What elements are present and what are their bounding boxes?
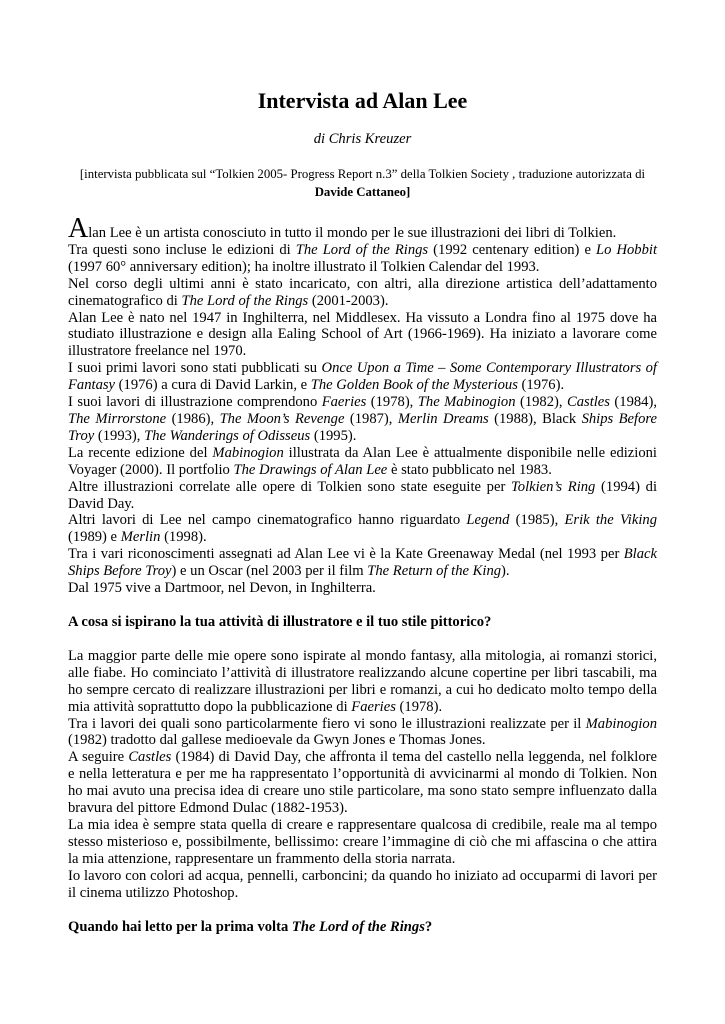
drop-cap: A <box>68 213 88 244</box>
text-run: Faeries <box>322 394 367 410</box>
text-run: La mia idea è sempre stata quella di cre… <box>68 817 657 867</box>
text-run: Erik the Viking <box>564 512 657 528</box>
text-run: [intervista pubblicata sul “Tolkien 2005… <box>80 167 645 181</box>
text-run: I suoi primi lavori sono stati pubblicat… <box>68 360 322 376</box>
text-run: Lo Hobbit <box>596 242 657 258</box>
text-run: (1992 centenary edition) e <box>428 242 596 258</box>
publication-note: [intervista pubblicata sul “Tolkien 2005… <box>68 165 657 201</box>
paragraph: I suoi lavori di illustrazione comprendo… <box>68 394 657 445</box>
document-page: Intervista ad Alan Lee di Chris Kreuzer … <box>0 0 725 1024</box>
paragraph: Alan Lee è un artista conosciuto in tutt… <box>68 225 657 242</box>
text-run: Dal 1975 vive a Dartmoor, nel Devon, in … <box>68 580 376 596</box>
text-run: La recente edizione del <box>68 445 212 461</box>
text-run: The Lord of the Rings <box>181 293 308 309</box>
paragraph: Altre illustrazioni correlate alle opere… <box>68 479 657 513</box>
text-run: The Mabinogion <box>418 394 516 410</box>
paragraph: La maggior parte delle mie opere sono is… <box>68 648 657 716</box>
text-run: (1987), <box>344 411 397 427</box>
document-body: Alan Lee è un artista conosciuto in tutt… <box>68 225 657 936</box>
paragraph: Io lavoro con colori ad acqua, pennelli,… <box>68 868 657 902</box>
text-run: Altre illustrazioni correlate alle opere… <box>68 479 511 495</box>
paragraph: Nel corso degli ultimi anni è stato inca… <box>68 276 657 310</box>
text-run: (1982) tradotto dal gallese medioevale d… <box>68 732 486 748</box>
text-run: The Moon’s Revenge <box>220 411 345 427</box>
text-run: Mabinogion <box>212 445 283 461</box>
text-run: Tolkien’s Ring <box>511 479 595 495</box>
text-run: Merlin <box>121 529 161 545</box>
text-run: Io lavoro con colori ad acqua, pennelli,… <box>68 868 657 901</box>
text-run: Faeries <box>351 699 396 715</box>
paragraph: Tra questi sono incluse le edizioni di T… <box>68 242 657 276</box>
text-run: (1993), <box>94 428 144 444</box>
text-run: è stato pubblicato nel 1983. <box>387 462 552 478</box>
text-run: The Mirrorstone <box>68 411 166 427</box>
text-run: (1989) e <box>68 529 121 545</box>
text-run: (1998). <box>160 529 206 545</box>
text-run: ? <box>425 919 432 935</box>
text-run: (1984), <box>610 394 657 410</box>
paragraph: Tra i vari riconoscimenti assegnati ad A… <box>68 546 657 580</box>
text-run: I suoi lavori di illustrazione comprendo… <box>68 394 322 410</box>
text-run: (1985), <box>509 512 564 528</box>
text-run: (1978), <box>366 394 417 410</box>
text-run: Tra questi sono incluse le edizioni di <box>68 242 296 258</box>
paragraph: Altri lavori di Lee nel campo cinematogr… <box>68 512 657 546</box>
paragraph: Dal 1975 vive a Dartmoor, nel Devon, in … <box>68 580 657 597</box>
paragraph: Alan Lee è nato nel 1947 in Inghilterra,… <box>68 310 657 361</box>
text-run: Altri lavori di Lee nel campo cinematogr… <box>68 512 466 528</box>
text-run: The Lord of the Rings <box>292 919 425 935</box>
text-run: ). <box>501 563 510 579</box>
paragraph: Tra i lavori dei quali sono particolarme… <box>68 716 657 750</box>
text-run: (1988), Black <box>489 411 582 427</box>
text-run: (1995). <box>310 428 356 444</box>
paragraph: La recente edizione del Mabinogion illus… <box>68 445 657 479</box>
text-run: Tra i vari riconoscimenti assegnati ad A… <box>68 546 624 562</box>
paragraph: A seguire Castles (1984) di David Day, c… <box>68 749 657 817</box>
text-run: (1982), <box>516 394 567 410</box>
text-run: Castles <box>128 749 171 765</box>
text-run: (1976) a cura di David Larkin, e <box>115 377 311 393</box>
question-heading: A cosa si ispirano la tua attività di il… <box>68 614 657 631</box>
text-run: The Return of the King <box>367 563 501 579</box>
page-title: Intervista ad Alan Lee <box>68 88 657 114</box>
question-heading: Quando hai letto per la prima volta The … <box>68 919 657 936</box>
paragraph: La mia idea è sempre stata quella di cre… <box>68 817 657 868</box>
text-run: Tra i lavori dei quali sono particolarme… <box>68 716 586 732</box>
text-run: (1997 60° anniversary edition); ha inolt… <box>68 259 539 275</box>
text-run: (2001-2003). <box>308 293 388 309</box>
text-run: Quando hai letto per la prima volta <box>68 919 292 935</box>
text-run: A seguire <box>68 749 128 765</box>
byline: di Chris Kreuzer <box>68 130 657 148</box>
text-run: The Wanderings of Odisseus <box>144 428 310 444</box>
text-run: Merlin Dreams <box>398 411 489 427</box>
text-run: The Lord of the Rings <box>296 242 428 258</box>
text-run: Castles <box>567 394 610 410</box>
text-run: The Golden Book of the Mysterious <box>311 377 518 393</box>
text-run: (1986), <box>166 411 219 427</box>
text-run: Legend <box>466 512 509 528</box>
text-run: ) e un Oscar (nel 2003 per il film <box>172 563 368 579</box>
text-run: Mabinogion <box>586 716 657 732</box>
text-run: A cosa si ispirano la tua attività di il… <box>68 614 491 630</box>
text-run: lan Lee è un artista conosciuto in tutto… <box>88 225 616 241</box>
text-run: Davide Cattaneo] <box>315 185 411 199</box>
paragraph: I suoi primi lavori sono stati pubblicat… <box>68 360 657 394</box>
text-run: The Drawings of Alan Lee <box>234 462 388 478</box>
text-run: (1976). <box>518 377 564 393</box>
text-run: Alan Lee è nato nel 1947 in Inghilterra,… <box>68 310 657 360</box>
text-run: (1978). <box>396 699 442 715</box>
